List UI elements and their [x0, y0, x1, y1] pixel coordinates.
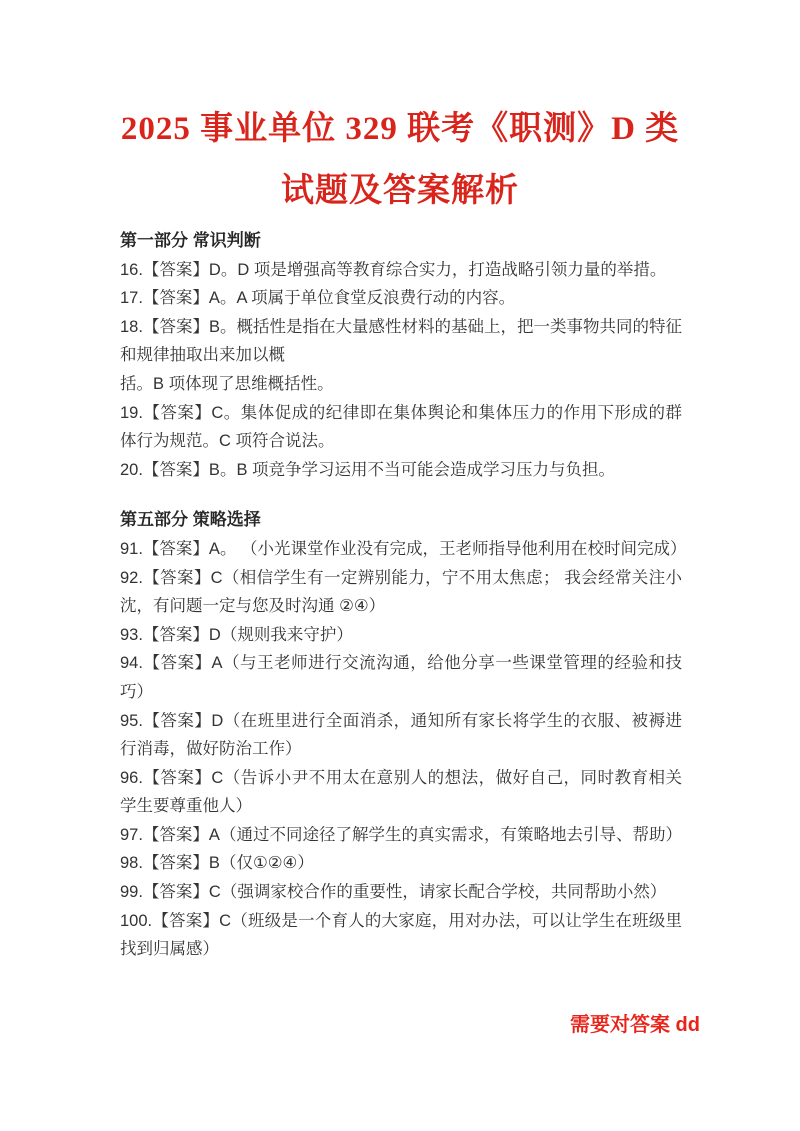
answer-100: 100.【答案】C（班级是一个育人的大家庭，用对办法，可以让学生在班级里找到归属…: [120, 907, 682, 964]
document-title: 2025 事业单位 329 联考《职测》D 类 试题及答案解析: [0, 0, 800, 222]
answer-93: 93.【答案】D（规则我来守护）: [120, 621, 682, 650]
answer-94: 94.【答案】A（与王老师进行交流沟通，给他分享一些课堂管理的经验和技巧）: [120, 649, 682, 706]
document-title-line1: 2025 事业单位 329 联考《职测》D 类: [121, 111, 679, 147]
answer-19: 19.【答案】C。集体促成的纪律即在集体舆论和集体压力的作用下形成的群体行为规范…: [120, 399, 682, 456]
document-page: 2025 事业单位 329 联考《职测》D 类 试题及答案解析 第一部分 常识判…: [0, 0, 800, 1131]
answer-97: 97.【答案】A（通过不同途径了解学生的真实需求，有策略地去引导、帮助）: [120, 821, 682, 850]
answer-91: 91.【答案】A。 （小光课堂作业没有完成，王老师指导他利用在校时间完成）: [120, 535, 682, 564]
section-heading-part1: 第一部分 常识判断: [120, 227, 682, 256]
answer-99: 99.【答案】C（强调家校合作的重要性，请家长配合学校，共同帮助小然）: [120, 878, 682, 907]
answer-95: 95.【答案】D（在班里进行全面消杀，通知所有家长将学生的衣服、被褥进行消毒，做…: [120, 707, 682, 764]
document-body: 第一部分 常识判断 16.【答案】D。D 项是增强高等教育综合实力，打造战略引领…: [120, 227, 682, 964]
answer-20: 20.【答案】B。B 项竞争学习运用不当可能会造成学习压力与负担。: [120, 456, 682, 485]
answer-16: 16.【答案】D。D 项是增强高等教育综合实力，打造战略引领力量的举措。: [120, 256, 682, 285]
answer-18-continued: 括。B 项体现了思维概括性。: [120, 370, 682, 399]
answer-96: 96.【答案】C（告诉小尹不用太在意别人的想法，做好自己，同时教育相关学生要尊重…: [120, 764, 682, 821]
section-heading-part5: 第五部分 策略选择: [120, 506, 682, 535]
document-title-line2: 试题及答案解析: [281, 173, 519, 209]
answer-92: 92.【答案】C（相信学生有一定辨别能力，宁不用太焦虑； 我会经常关注小沈，有问…: [120, 564, 682, 621]
answer-98: 98.【答案】B（仅①②④）: [120, 849, 682, 878]
answer-18: 18.【答案】B。概括性是指在大量感性材料的基础上，把一类事物共同的特征和规律抽…: [120, 313, 682, 370]
answer-17: 17.【答案】A。A 项属于单位食堂反浪费行动的内容。: [120, 284, 682, 313]
contact-footer: 需要对答案 dd: [0, 1008, 800, 1037]
